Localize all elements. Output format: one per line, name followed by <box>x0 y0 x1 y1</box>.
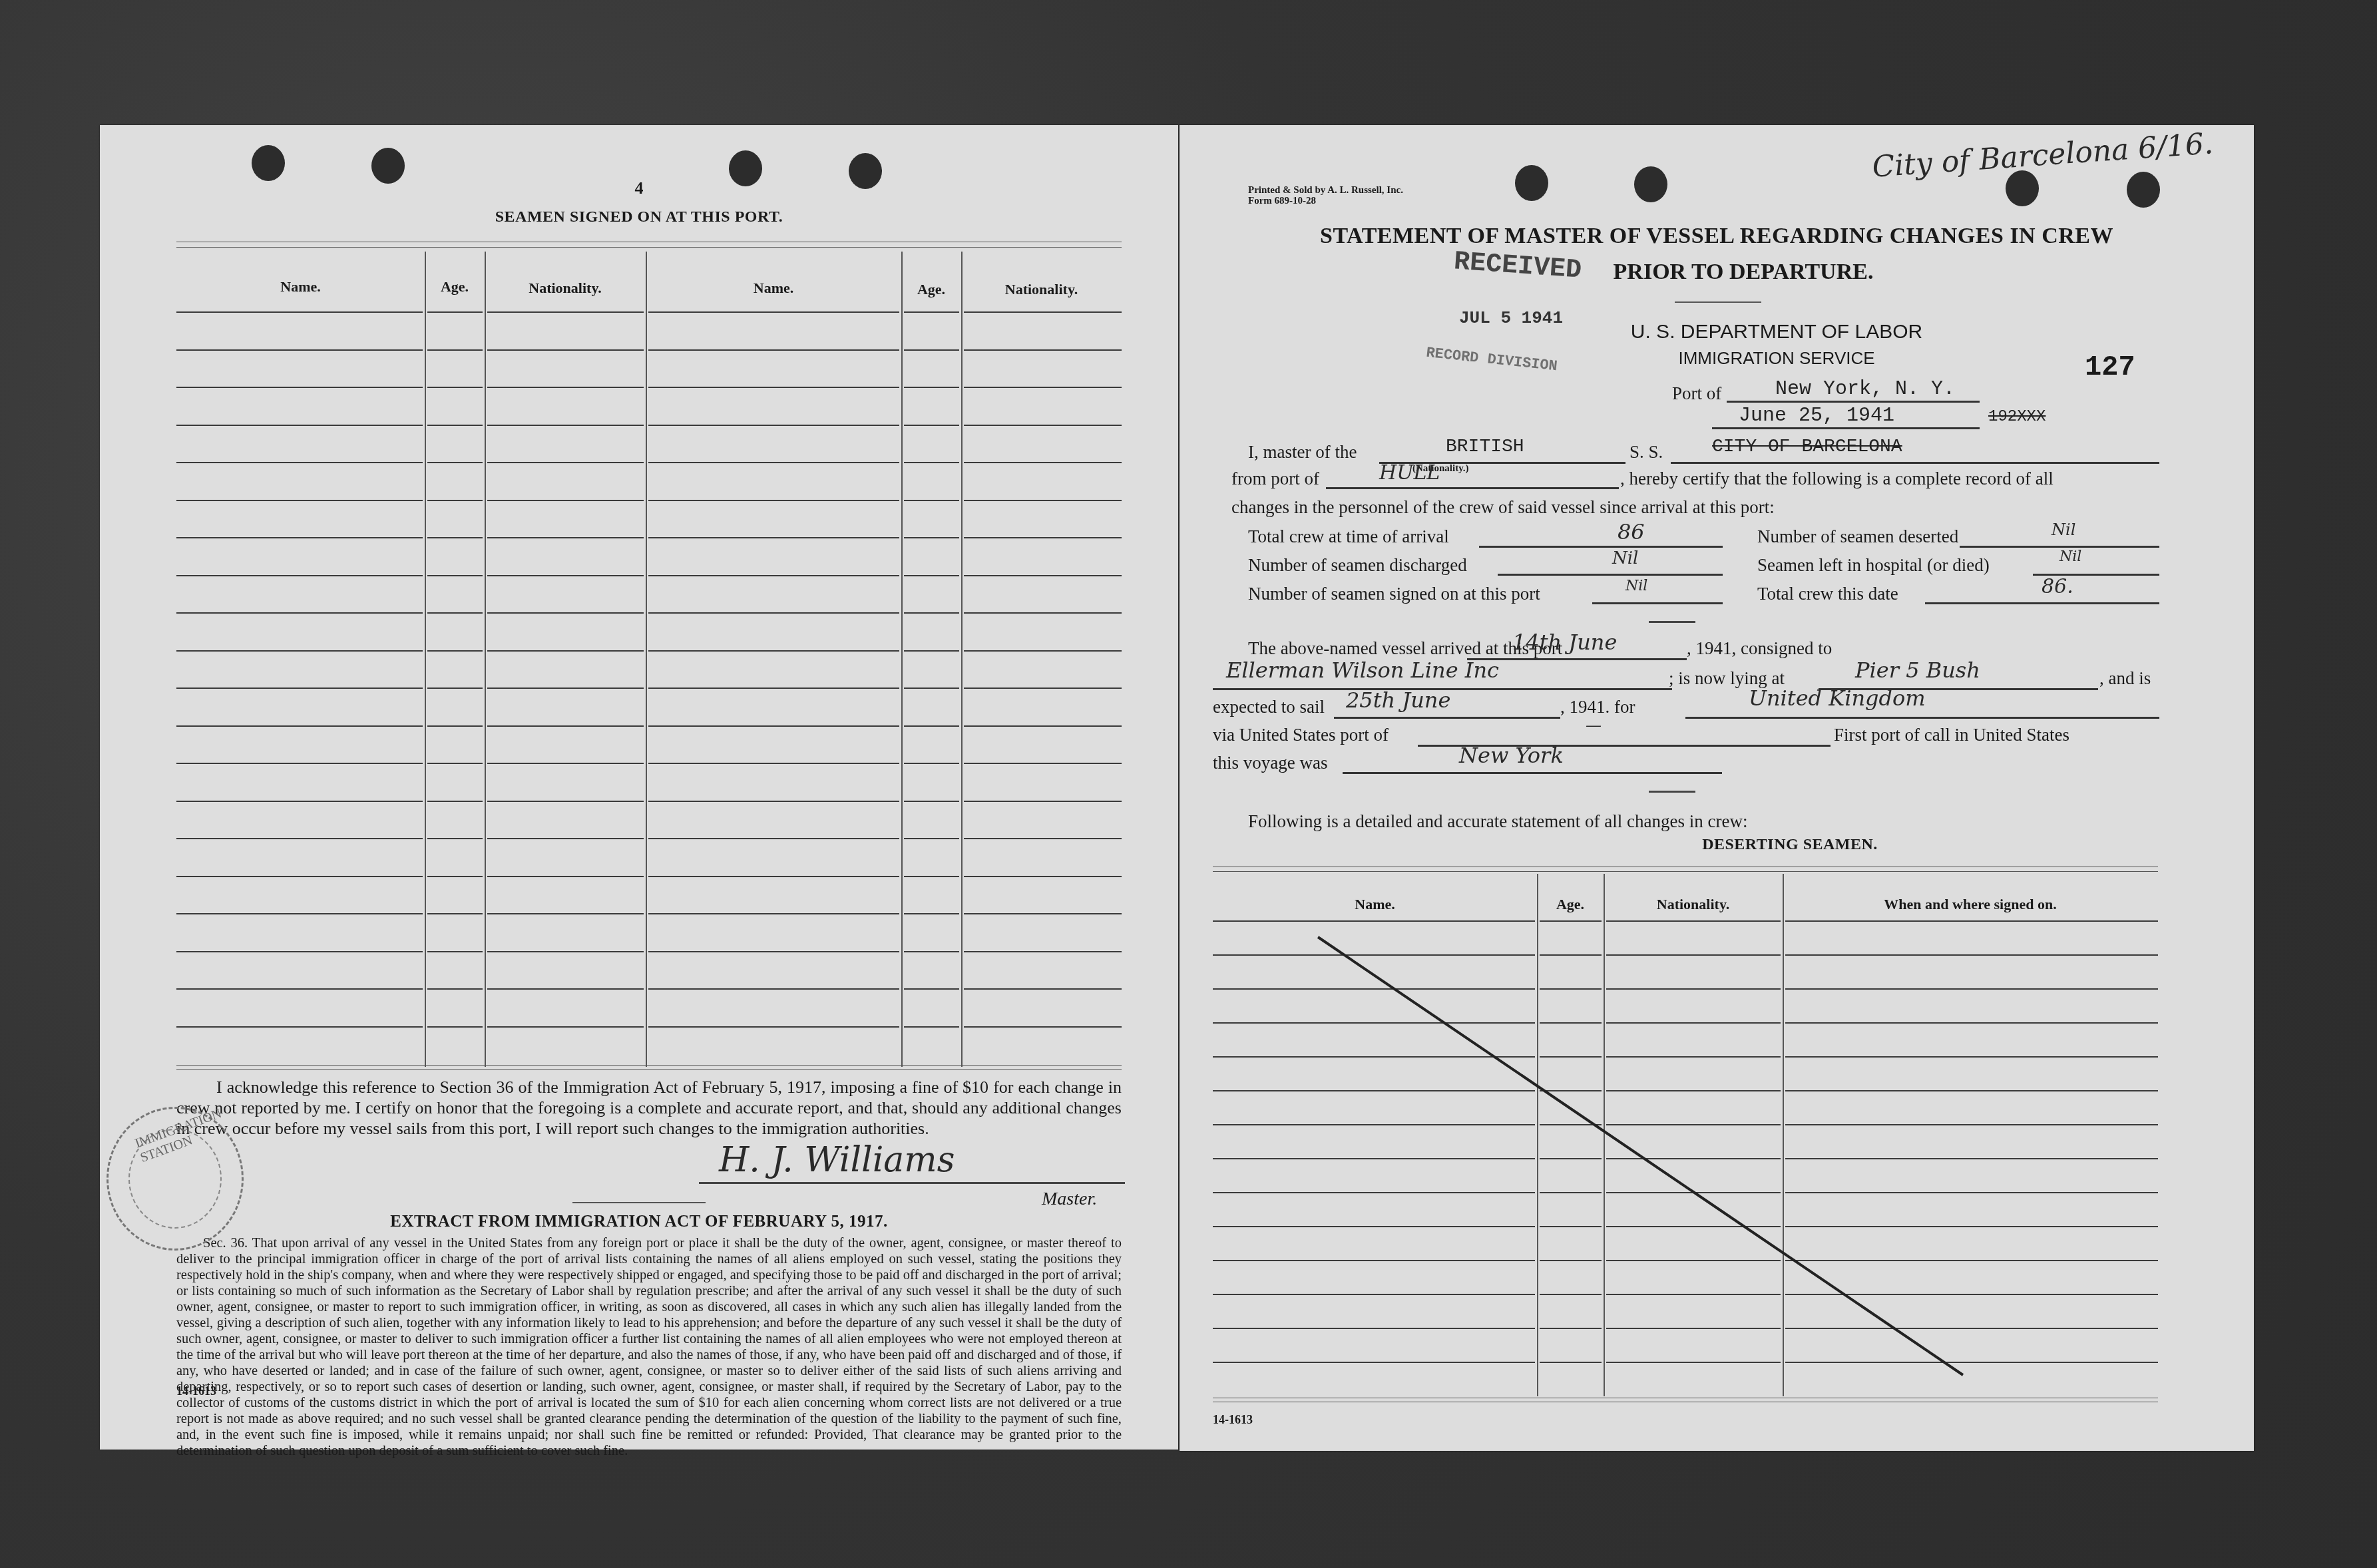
left-page: 4 SEAMEN SIGNED ON AT THIS PORT. Name. A… <box>100 125 1178 1450</box>
section-title: SEAMEN SIGNED ON AT THIS PORT. <box>100 208 1178 226</box>
extract-title: EXTRACT FROM IMMIGRATION ACT OF FEBRUARY… <box>100 1213 1178 1231</box>
table-top-rule <box>176 247 1122 248</box>
col-header-name-2: Name. <box>646 280 901 297</box>
cross-out-line <box>1180 125 2254 1451</box>
form-number: 14-1613 <box>176 1384 216 1398</box>
col-header-age: Age. <box>425 278 485 295</box>
acknowledgement-text: I acknowledge this reference to Section … <box>176 1077 1122 1139</box>
extract-text: Sec. 36. That upon arrival of any vessel… <box>176 1235 1122 1459</box>
form-number: 14-1613 <box>1213 1413 1253 1427</box>
col-header-nationality: Nationality. <box>485 280 646 297</box>
col-header-nationality-2: Nationality. <box>961 281 1122 298</box>
col-header-age-2: Age. <box>901 281 961 298</box>
right-page: Printed & Sold by A. L. Russell, Inc. Fo… <box>1180 125 2254 1451</box>
col-header-name: Name. <box>176 278 425 295</box>
master-label: Master. <box>1042 1189 1097 1210</box>
immigration-station-stamp: IMMIGRATION STATION <box>107 1107 244 1251</box>
table-top-rule <box>176 242 1122 242</box>
page-number: 4 <box>100 178 1178 198</box>
punch-hole <box>252 145 285 181</box>
master-signature: H. J. Williams <box>719 1140 955 1180</box>
